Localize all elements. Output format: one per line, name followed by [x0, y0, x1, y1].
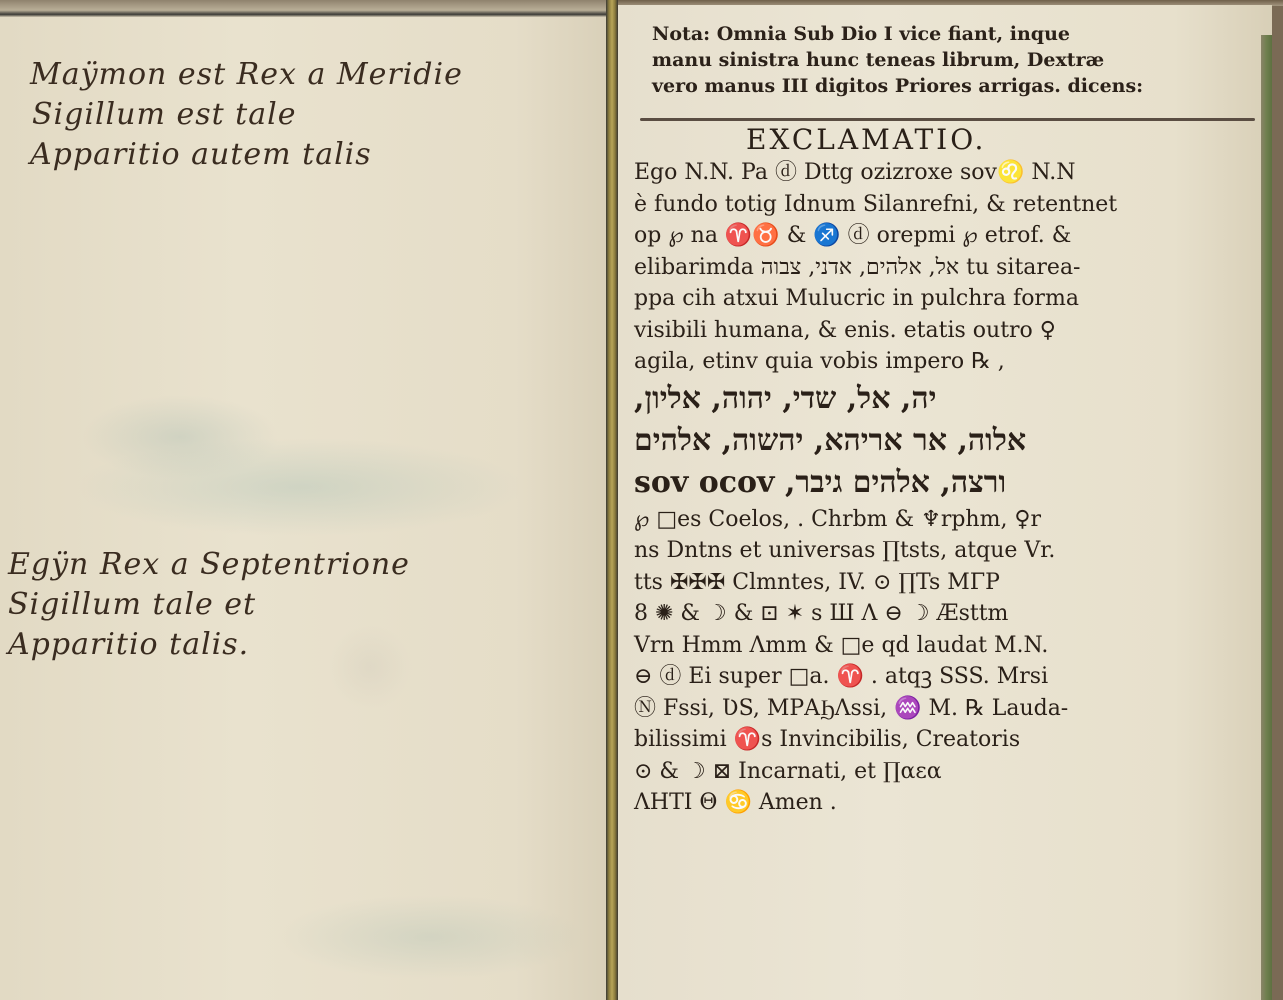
left-page-top-edge [0, 0, 612, 17]
nota-line: vero manus III digitos Priores arrigas. … [652, 73, 1262, 99]
text-line: op ℘ na ♈♉ & ♐ ⓓ orepmi ℘ etrof. & [634, 220, 1264, 252]
right-page: Nota: Omnia Sub Dio I vice fiant, inque … [618, 5, 1272, 1000]
text-line: è fundo totig Idnum Silanrefni, & retent… [634, 189, 1264, 221]
text-line: visibili humana, & enis. etatis outro ♀ [634, 315, 1264, 347]
nota-line: manu sinistra hunc teneas librum, Dextræ [652, 47, 1262, 73]
book-binding [606, 0, 618, 1000]
text-line: bilissimi ♈s Invincibilis, Creatoris [634, 724, 1264, 756]
section-heading: EXCLAMATIO. [746, 123, 986, 156]
entry-line: Apparitio talis. [8, 625, 410, 665]
hebrew-line: יה, אל, שדי, יהוה, אליון, [634, 378, 1264, 420]
entry-maymon: Maÿmon est Rex a Meridie Sigillum est ta… [30, 55, 463, 175]
text-line: elibarimda אל, אלהים, אדני, צבוה tu sita… [634, 252, 1264, 284]
left-page: Maÿmon est Rex a Meridie Sigillum est ta… [0, 17, 606, 1000]
text-line: Vrn Hmm Λmm & □e qd laudat M.N. [634, 630, 1264, 662]
divider-rule [640, 118, 1255, 121]
text-line: tts ✠✠✠ Clmntes, IV. ⊙ ∏Ts ΜΓΡ [634, 567, 1264, 599]
nota-line: Nota: Omnia Sub Dio I vice fiant, inque [652, 21, 1262, 47]
text-line: agila, etinv quia vobis impero ℞ , [634, 346, 1264, 378]
entry-line: Apparitio autem talis [30, 135, 463, 175]
manuscript-spread: Maÿmon est Rex a Meridie Sigillum est ta… [0, 0, 1283, 1000]
nota-instruction: Nota: Omnia Sub Dio I vice fiant, inque … [652, 21, 1262, 99]
hebrew-line: אלוה, אר אריהא, יהשוה, אלהים [634, 420, 1264, 462]
entry-line: Egÿn Rex a Septentrione [8, 545, 410, 585]
text-line: Ⓝ Fssi, ƲS, ΜΡΑϦΛssi, ♒ M. ℞ Lauda- [634, 693, 1264, 725]
entry-line: Sigillum tale et [8, 585, 410, 625]
entry-egyn: Egÿn Rex a Septentrione Sigillum tale et… [8, 545, 410, 665]
text-line: 8 ✺ & ☽ & ⊡ ✶ s Ш Λ ⊖ ☽ Æsttm [634, 598, 1264, 630]
entry-line: Sigillum est tale [30, 95, 463, 135]
exclamatio-text: Ego N.N. Pa ⓓ Dttg ozizroxe sov♌ N.N è f… [634, 157, 1264, 819]
entry-line: Maÿmon est Rex a Meridie [30, 55, 463, 95]
text-line: ΛΗΤΙ Θ ♋ Amen . [634, 787, 1264, 819]
text-line: ⊙ & ☽ ⊠ Incarnati, et ∏αεα [634, 756, 1264, 788]
text-line: ℘ □es Coelos, . Chrbm & ♆rphm, ♀r [634, 504, 1264, 536]
text-line: ppa cih atxui Mulucric in pulchra forma [634, 283, 1264, 315]
text-line: ns Dntns et universas ∏tsts, atque Vr. [634, 535, 1264, 567]
hebrew-line: ורצה, אלהים גיבר, sov ocov [634, 462, 1264, 504]
text-line: Ego N.N. Pa ⓓ Dttg ozizroxe sov♌ N.N [634, 157, 1264, 189]
cover-edge [1261, 35, 1272, 1000]
text-line: ⊖ ⓓ Ei super □a. ♈ . atqꝫ SSS. Mrsi [634, 661, 1264, 693]
